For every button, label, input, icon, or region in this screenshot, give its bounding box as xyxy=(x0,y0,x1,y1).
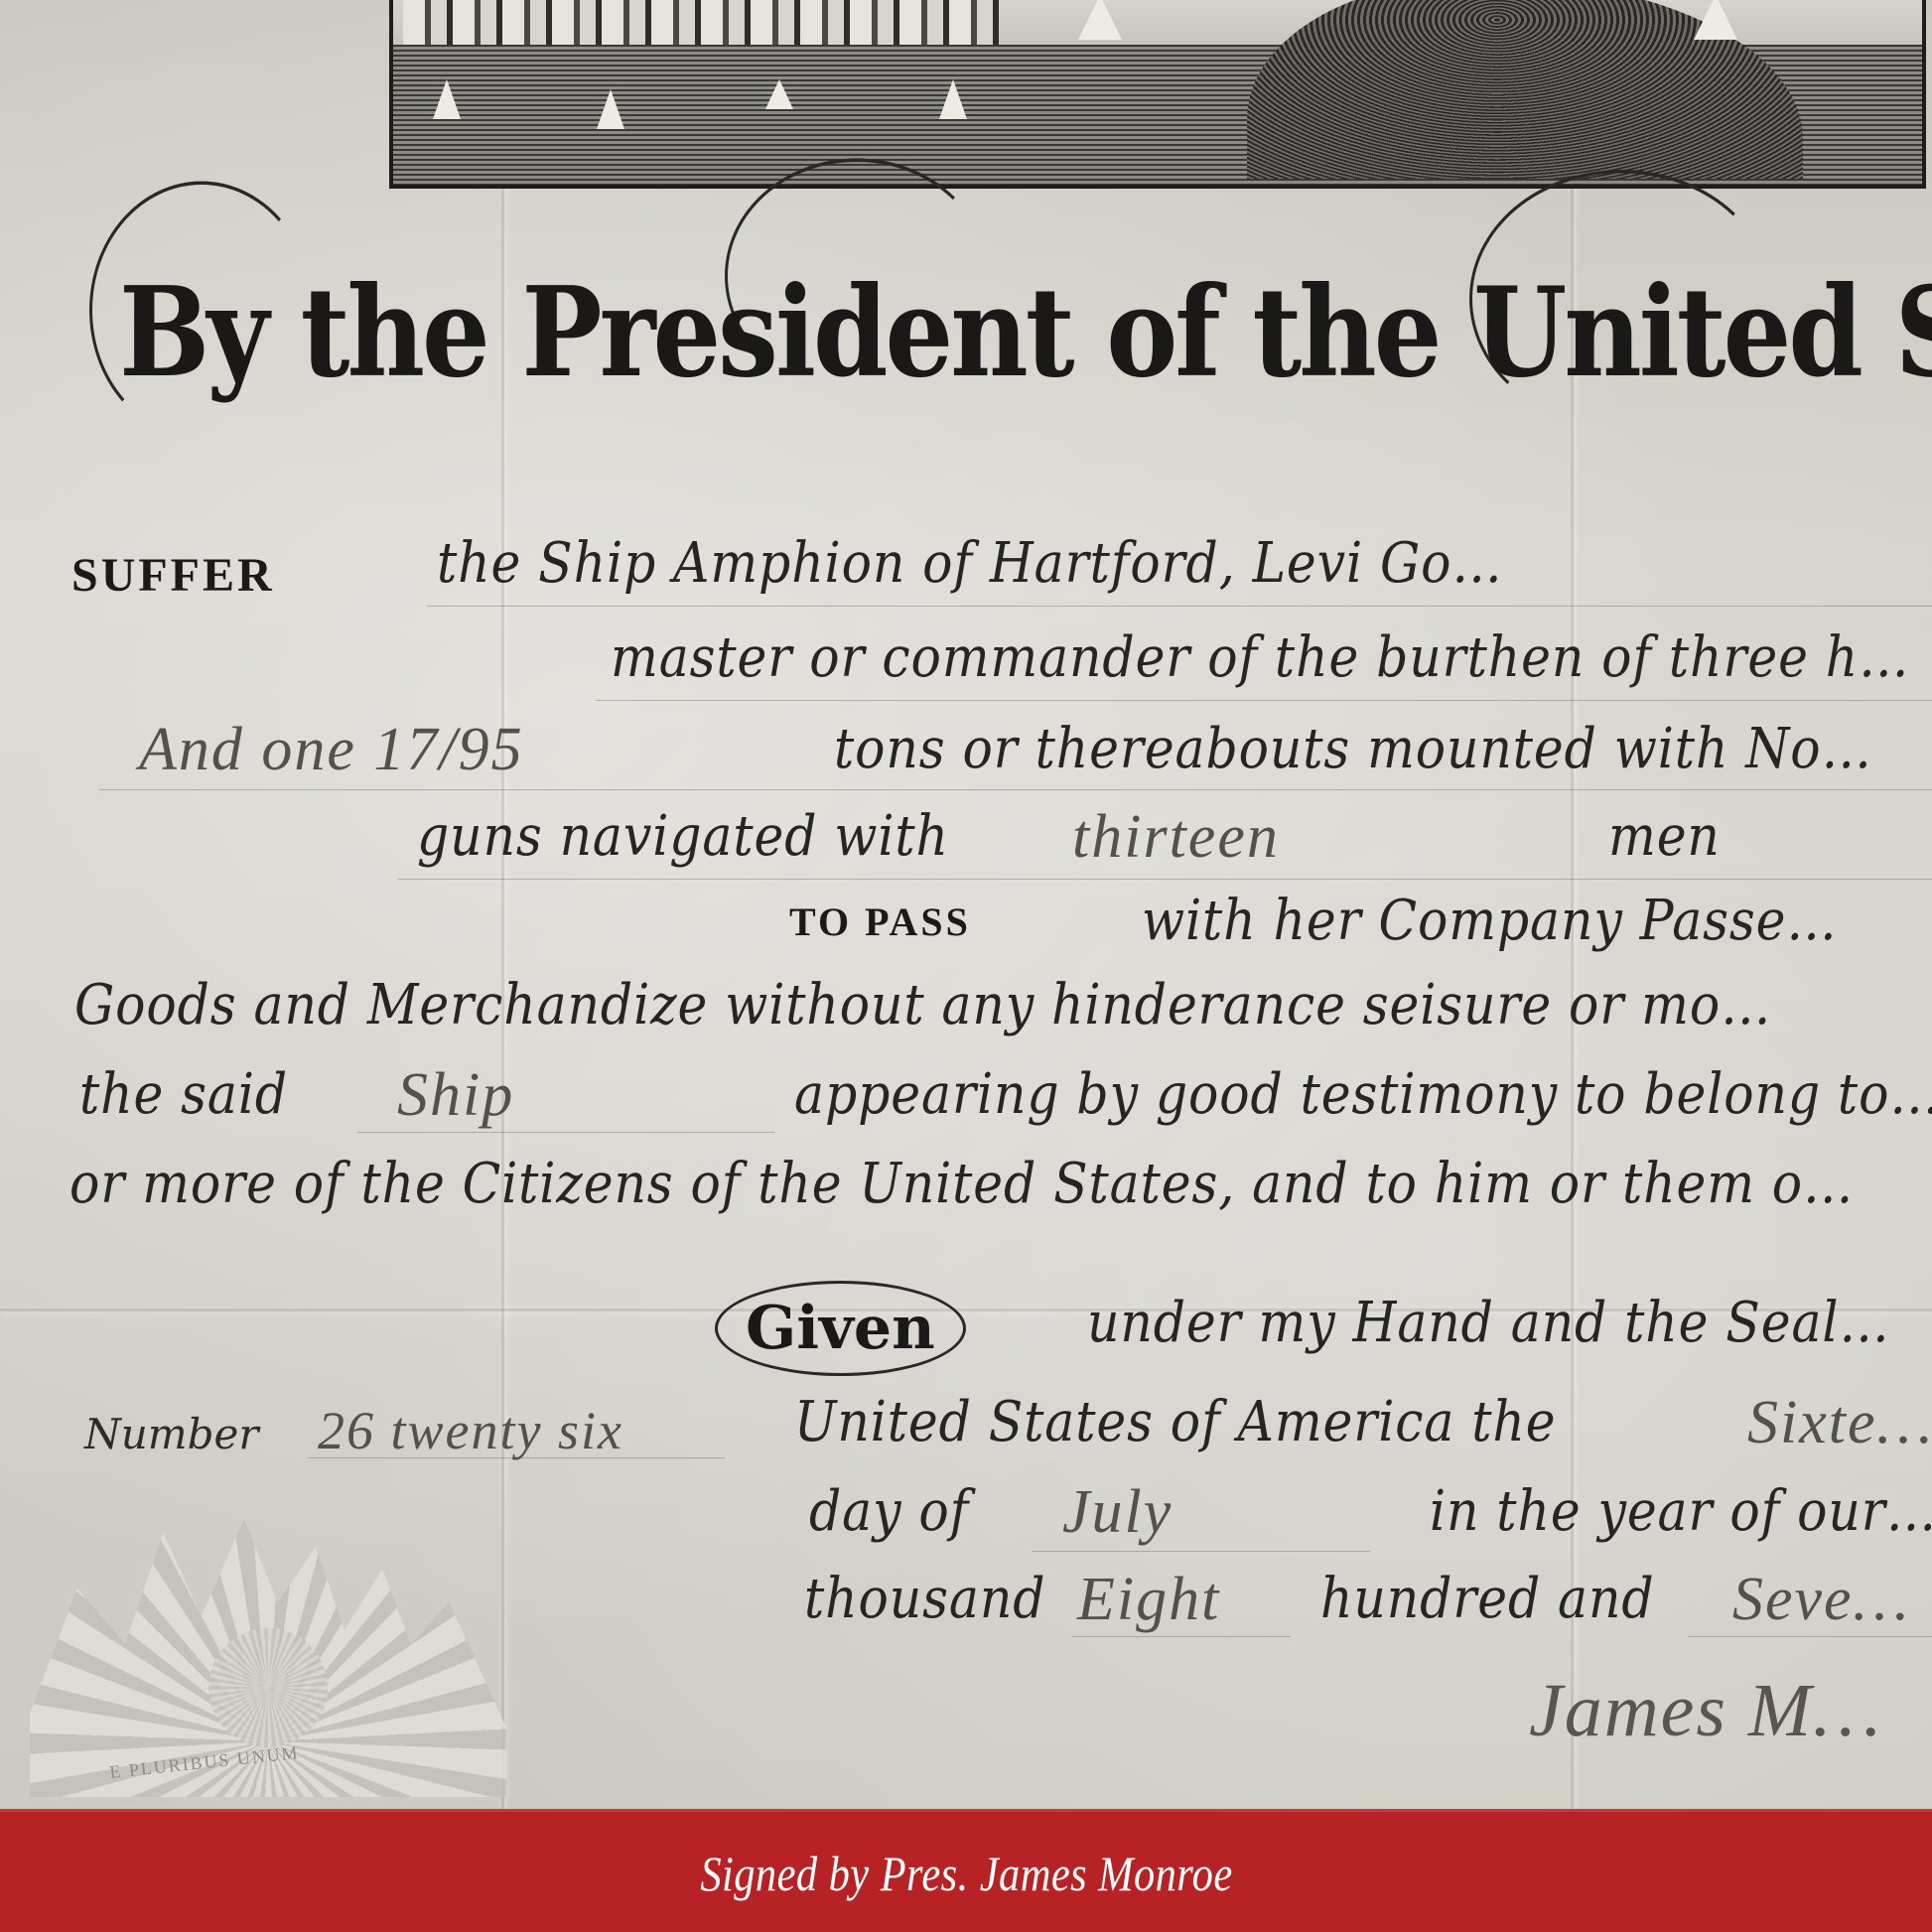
number-value: 26 twenty six xyxy=(318,1400,623,1461)
line-thousand: thousand xyxy=(804,1567,1045,1631)
document-heading: By the President of the United States of… xyxy=(30,205,1932,501)
line-goods: Goods and Merchandize without any hinder… xyxy=(74,973,1771,1037)
number-label: Number xyxy=(84,1410,258,1458)
handwritten-day: Sixte… xyxy=(1747,1388,1932,1458)
tall-ship-icon xyxy=(1694,0,1737,40)
handwritten-tonnage: And one 17/95 xyxy=(139,715,524,785)
line-ship-name: the Ship Amphion of Hartford, Levi Go… xyxy=(437,531,1503,596)
harbor-engraving xyxy=(389,0,1926,189)
sailboat-icon xyxy=(433,79,461,119)
line-said: the said xyxy=(79,1062,288,1127)
ruled-line xyxy=(1072,1636,1291,1637)
ruled-line xyxy=(1688,1636,1932,1637)
line-citizens: or more of the Citizens of the United St… xyxy=(69,1152,1854,1216)
embossed-seal: E PLURIBUS UNUM xyxy=(0,1489,556,1807)
document-photo: By the President of the United States of… xyxy=(0,0,1932,1809)
line-tons: tons or thereabouts mounted with No… xyxy=(834,717,1872,781)
line-company: with her Company Passe… xyxy=(1142,889,1838,953)
given-ornament: Given xyxy=(715,1281,966,1376)
handwritten-century: Eight xyxy=(1077,1565,1220,1635)
engraving-town xyxy=(403,0,999,45)
seal-eagle-emblem xyxy=(208,1628,328,1747)
line-appearing: appearing by good testimony to belong to… xyxy=(794,1062,1932,1127)
ruled-line xyxy=(308,1457,725,1458)
handwritten-month: July xyxy=(1062,1477,1173,1548)
ruled-line xyxy=(357,1132,774,1133)
line-day-of: day of xyxy=(809,1479,969,1544)
printed-lead-to-pass: TO PASS xyxy=(789,898,971,945)
tall-ship-icon xyxy=(1078,0,1122,40)
line-men: men xyxy=(1608,804,1721,869)
printed-lead-suffer: SUFFER xyxy=(71,548,275,603)
handwritten-decade: Seve… xyxy=(1732,1565,1910,1635)
ruled-line xyxy=(427,606,1932,607)
sailboat-icon xyxy=(939,79,967,119)
caption-text: Signed by Pres. James Monroe xyxy=(700,1845,1232,1902)
ruled-line xyxy=(99,789,1932,790)
line-hundred-and: hundred and xyxy=(1320,1567,1655,1631)
sailboat-icon xyxy=(597,89,624,129)
ruled-line xyxy=(397,879,1932,880)
signature: James M… xyxy=(1529,1668,1882,1754)
handwritten-vessel-type: Ship xyxy=(397,1060,514,1131)
heading-text: By the President of the United States of… xyxy=(119,261,1932,405)
sailboat-icon xyxy=(765,79,793,109)
ruled-line xyxy=(1033,1551,1370,1552)
caption-band: Signed by Pres. James Monroe xyxy=(0,1809,1932,1932)
line-year-of-our: in the year of our… xyxy=(1430,1479,1932,1544)
line-guns: guns navigated with xyxy=(417,804,949,869)
line-master: master or commander of the burthen of th… xyxy=(611,625,1909,690)
line-united-states: United States of America the xyxy=(794,1390,1557,1454)
handwritten-crew: thirteen xyxy=(1072,802,1280,873)
ruled-line xyxy=(596,700,1932,701)
line-under-hand: under my Hand and the Seal… xyxy=(1087,1291,1890,1355)
